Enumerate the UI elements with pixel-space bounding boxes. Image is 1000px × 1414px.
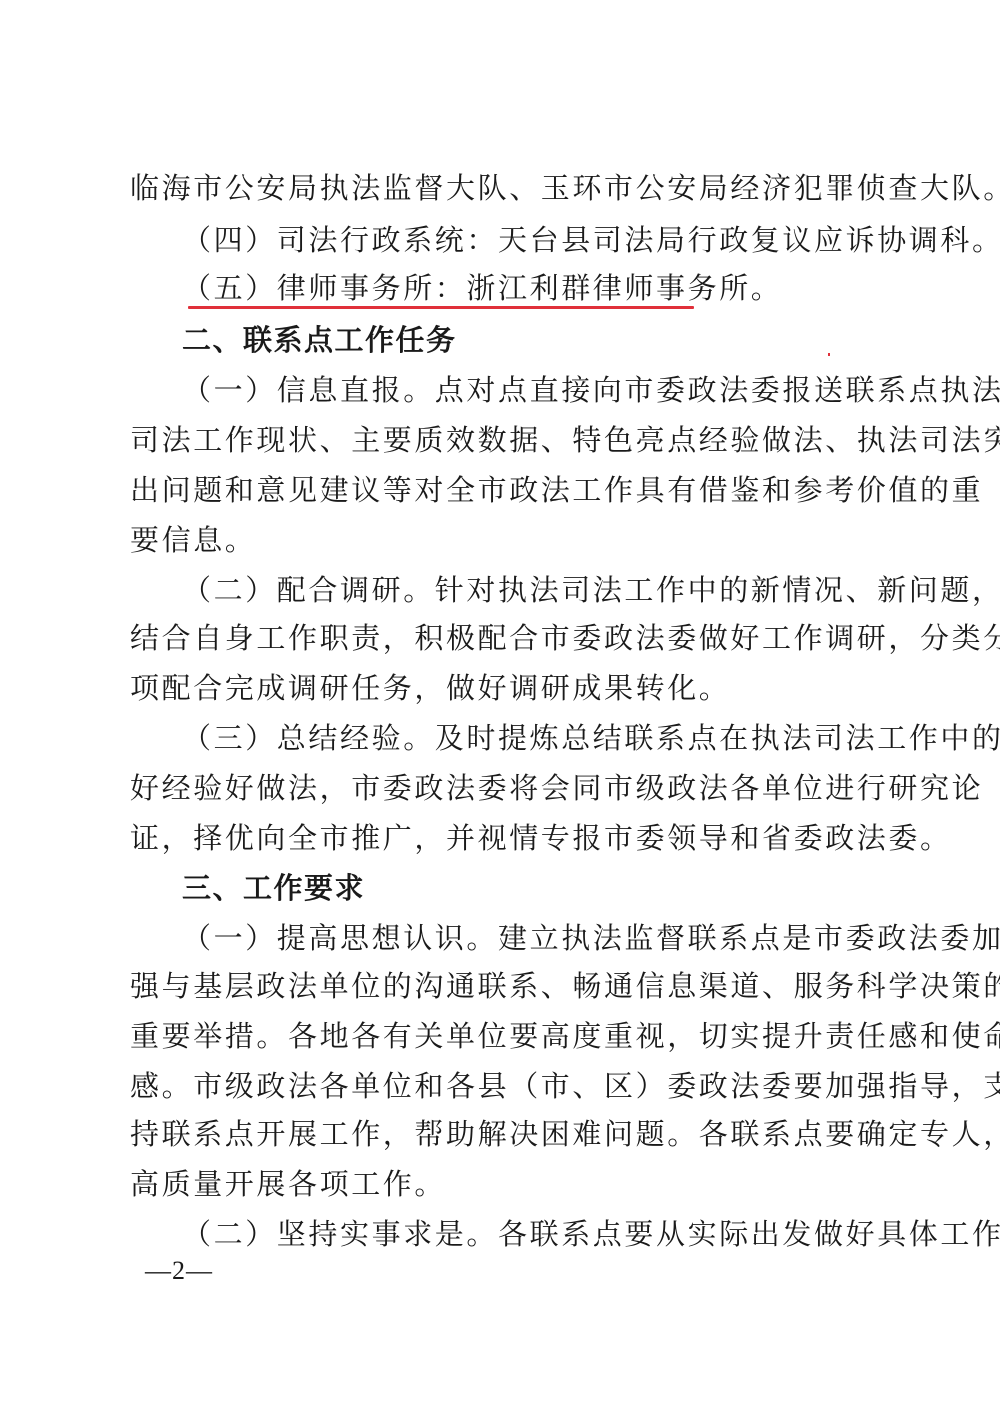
- paragraph-line: 高质量开展各项工作。: [130, 1166, 870, 1202]
- paragraph-line: 感。市级政法各单位和各县（市、区）委政法委要加强指导，支: [130, 1068, 870, 1104]
- paragraph-line: 临海市公安局执法监督大队、玉环市公安局经济犯罪侦查大队。: [130, 170, 870, 206]
- paragraph-line: 持联系点开展工作，帮助解决困难问题。各联系点要确定专人，: [130, 1116, 870, 1152]
- paragraph-line: 证，择优向全市推广，并视情专报市委领导和省委政法委。: [130, 820, 870, 856]
- section-heading-tasks: 二、联系点工作任务: [182, 322, 922, 358]
- paragraph-line: （二）坚持实事求是。各联系点要从实际出发做好具体工作，: [182, 1216, 922, 1252]
- document-page: 临海市公安局执法监督大队、玉环市公安局经济犯罪侦查大队。 （四）司法行政系统：天…: [0, 0, 1000, 1414]
- paragraph-line: （二）配合调研。针对执法司法工作中的新情况、新问题，: [182, 572, 922, 608]
- paragraph-line: 出问题和意见建议等对全市政法工作具有借鉴和参考价值的重: [130, 472, 870, 508]
- paragraph-line: （三）总结经验。及时提炼总结联系点在执法司法工作中的: [182, 720, 922, 756]
- paragraph-line: 要信息。: [130, 522, 870, 558]
- paragraph-line: （一）信息直报。点对点直接向市委政法委报送联系点执法: [182, 372, 922, 408]
- page-number: —2—: [145, 1256, 213, 1286]
- red-mark: [828, 353, 830, 356]
- list-item-judicial-admin: （四）司法行政系统：天台县司法局行政复议应诉协调科。: [182, 222, 922, 258]
- paragraph-line: 结合自身工作职责，积极配合市委政法委做好工作调研，分类分: [130, 620, 870, 656]
- paragraph-line: 强与基层政法单位的沟通联系、畅通信息渠道、服务科学决策的: [130, 968, 870, 1004]
- red-underline-annotation: [188, 306, 694, 309]
- paragraph-line: 重要举措。各地各有关单位要高度重视，切实提升责任感和使命: [130, 1018, 870, 1054]
- paragraph-line: 项配合完成调研任务，做好调研成果转化。: [130, 670, 870, 706]
- paragraph-line: （一）提高思想认识。建立执法监督联系点是市委政法委加: [182, 920, 922, 956]
- paragraph-line: 司法工作现状、主要质效数据、特色亮点经验做法、执法司法突: [130, 422, 870, 458]
- list-item-law-firm: （五）律师事务所：浙江利群律师事务所。: [182, 270, 922, 306]
- section-heading-requirements: 三、工作要求: [182, 870, 922, 906]
- paragraph-line: 好经验好做法，市委政法委将会同市级政法各单位进行研究论: [130, 770, 870, 806]
